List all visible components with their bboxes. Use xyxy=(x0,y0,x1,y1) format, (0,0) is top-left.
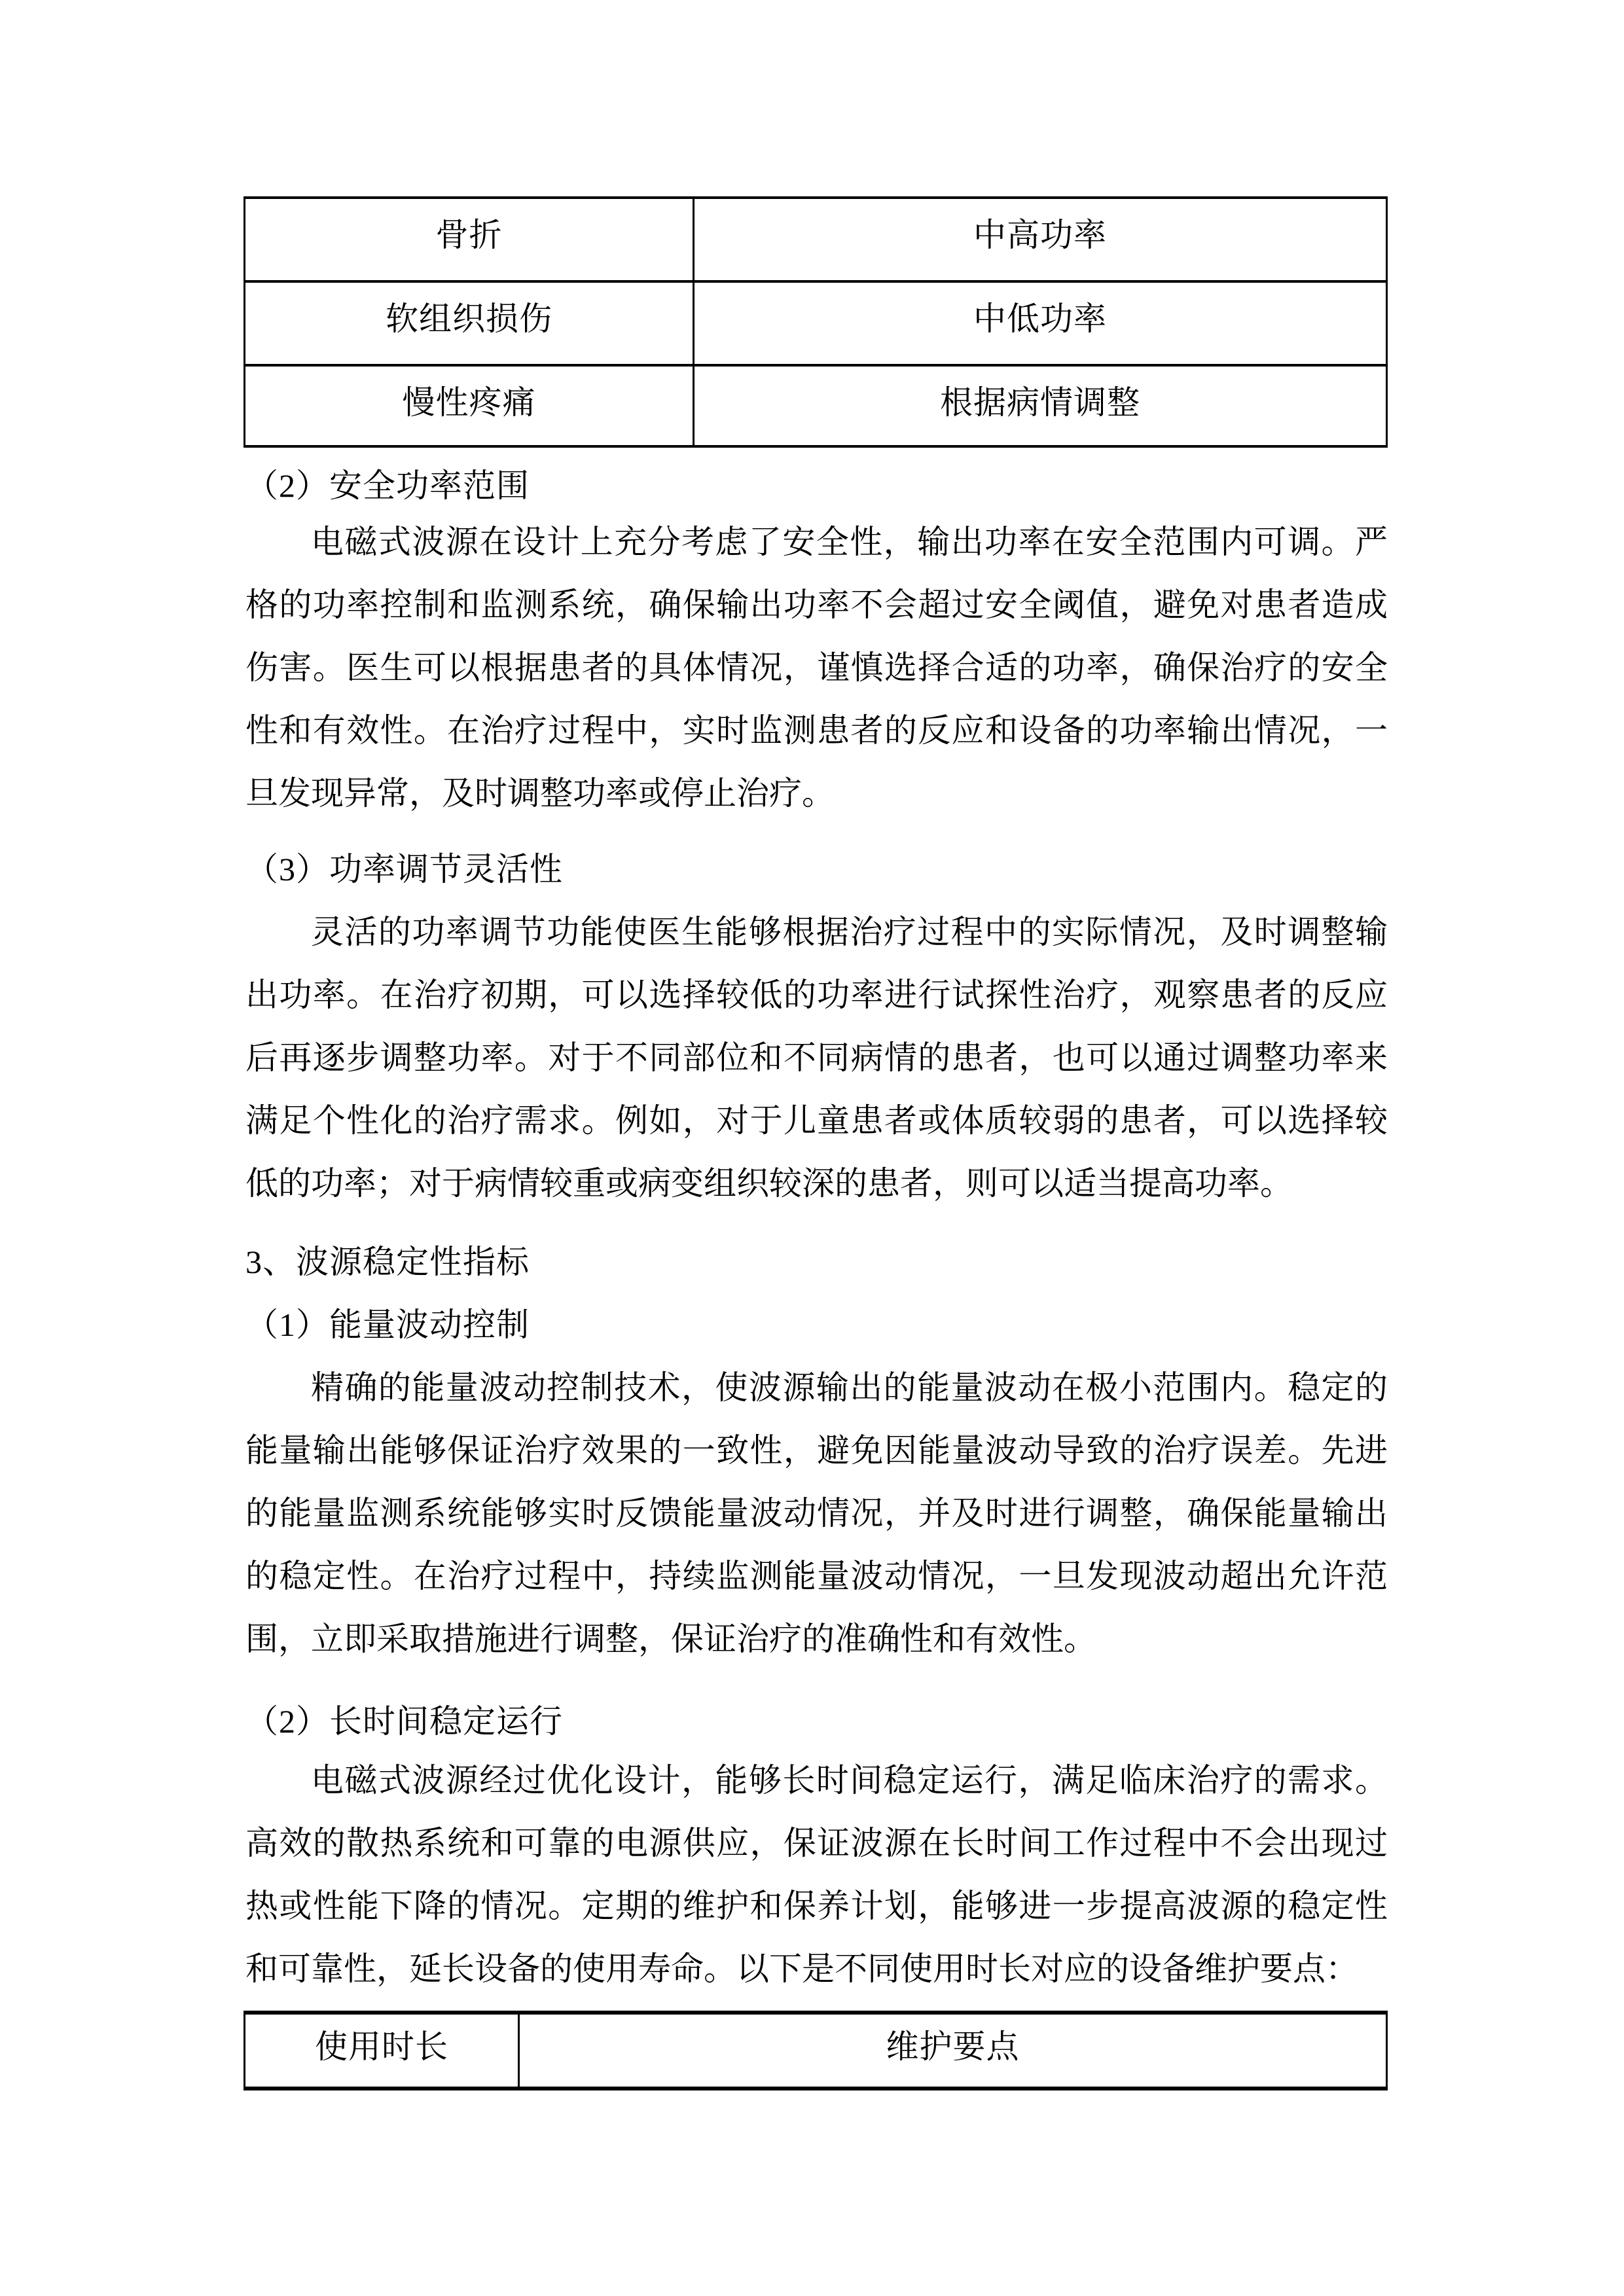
points-header-cell: 维护要点 xyxy=(520,2015,1386,2087)
text-line: 性和有效性。在治疗过程中，实时监测患者的反应和设备的功率输出情况，一 xyxy=(245,699,1388,762)
text-line: 热或性能下降的情况。定期的维护和保养计划，能够进一步提高波源的稳定性 xyxy=(245,1874,1388,1937)
heading-safety-power-range: （2）安全功率范围 xyxy=(245,454,1388,517)
duration-header-cell: 使用时长 xyxy=(245,2015,520,2087)
text-line: 高效的散热系统和可靠的电源供应，保证波源在长时间工作过程中不会出现过 xyxy=(245,1812,1388,1874)
paragraph-energy-fluctuation-control: 精确的能量波动控制技术，使波源输出的能量波动在极小范围内。稳定的 能量输出能够保… xyxy=(245,1356,1388,1670)
text-line: 电磁式波源经过优化设计，能够长时间稳定运行，满足临床治疗的需求。 xyxy=(245,1749,1388,1812)
text-line: 旦发现异常，及时调整功率或停止治疗。 xyxy=(245,762,1388,825)
table-row: 软组织损伤 中低功率 xyxy=(245,283,1386,367)
power-level-table: 骨折 中高功率 软组织损伤 中低功率 慢性疼痛 根据病情调整 xyxy=(244,196,1388,448)
heading-energy-fluctuation-control: （1）能量波动控制 xyxy=(245,1293,1388,1356)
power-cell: 根据病情调整 xyxy=(695,367,1386,445)
text-line: 满足个性化的治疗需求。例如，对于儿童患者或体质较弱的患者，可以选择较 xyxy=(245,1089,1388,1152)
power-cell: 中低功率 xyxy=(695,283,1386,364)
condition-cell: 骨折 xyxy=(245,199,695,280)
maintenance-table: 使用时长 维护要点 xyxy=(244,2011,1388,2090)
document-page: 骨折 中高功率 软组织损伤 中低功率 慢性疼痛 根据病情调整 （2）安全功率范围… xyxy=(0,0,1624,2296)
text-line: 低的功率；对于病情较重或病变组织较深的患者，则可以适当提高功率。 xyxy=(245,1152,1388,1215)
text-line: 后再逐步调整功率。对于不同部位和不同病情的患者，也可以通过调整功率来 xyxy=(245,1026,1388,1089)
text-line: 格的功率控制和监测系统，确保输出功率不会超过安全阈值，避免对患者造成 xyxy=(245,573,1388,636)
text-line: 的稳定性。在治疗过程中，持续监测能量波动情况，一旦发现波动超出允许范 xyxy=(245,1545,1388,1607)
power-cell: 中高功率 xyxy=(695,199,1386,280)
heading-long-term-stable-operation: （2）长时间稳定运行 xyxy=(245,1690,1388,1753)
table-row: 慢性疼痛 根据病情调整 xyxy=(245,367,1386,445)
heading-power-flexibility: （3）功率调节灵活性 xyxy=(245,838,1388,901)
paragraph-power-flexibility: 灵活的功率调节功能使医生能够根据治疗过程中的实际情况，及时调整输 出功率。在治疗… xyxy=(245,901,1388,1215)
text-line: 电磁式波源在设计上充分考虑了安全性，输出功率在安全范围内可调。严 xyxy=(245,511,1388,573)
condition-cell: 慢性疼痛 xyxy=(245,367,695,445)
text-line: 精确的能量波动控制技术，使波源输出的能量波动在极小范围内。稳定的 xyxy=(245,1356,1388,1419)
condition-cell: 软组织损伤 xyxy=(245,283,695,364)
text-line: 出功率。在治疗初期，可以选择较低的功率进行试探性治疗，观察患者的反应 xyxy=(245,963,1388,1026)
table-row: 骨折 中高功率 xyxy=(245,199,1386,283)
text-line: 灵活的功率调节功能使医生能够根据治疗过程中的实际情况，及时调整输 xyxy=(245,901,1388,963)
text-line: 围，立即采取措施进行调整，保证治疗的准确性和有效性。 xyxy=(245,1607,1388,1670)
text-line: 和可靠性，延长设备的使用寿命。以下是不同使用时长对应的设备维护要点： xyxy=(245,1937,1388,2000)
text-line: 能量输出能够保证治疗效果的一致性，避免因能量波动导致的治疗误差。先进 xyxy=(245,1419,1388,1482)
text-line: 伤害。医生可以根据患者的具体情况，谨慎选择合适的功率，确保治疗的安全 xyxy=(245,636,1388,699)
text-line: 的能量监测系统能够实时反馈能量波动情况，并及时进行调整，确保能量输出 xyxy=(245,1482,1388,1545)
paragraph-long-term-stable-operation: 电磁式波源经过优化设计，能够长时间稳定运行，满足临床治疗的需求。 高效的散热系统… xyxy=(245,1749,1388,2000)
section-heading-wave-source-stability: 3、波源稳定性指标 xyxy=(245,1230,1388,1293)
paragraph-safety-power-range: 电磁式波源在设计上充分考虑了安全性，输出功率在安全范围内可调。严 格的功率控制和… xyxy=(245,511,1388,825)
